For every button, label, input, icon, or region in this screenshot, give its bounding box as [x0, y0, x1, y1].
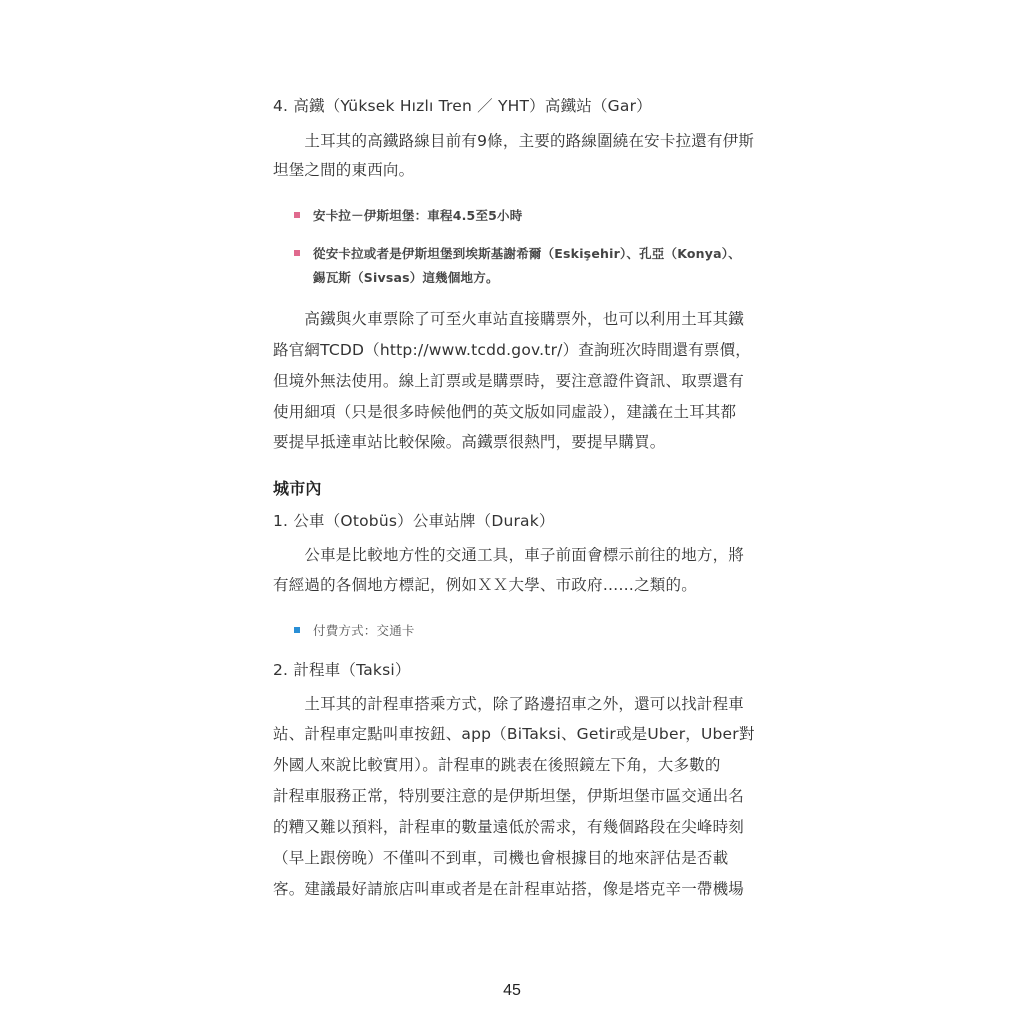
pink-bullet-icon: [294, 212, 300, 218]
taxi-para-line1: 土耳其的計程車搭乘方式，除了路邊招車之外，還可以找計程車: [273, 694, 744, 714]
yht-para2-line4: 使用細項（只是很多時候他們的英文版如同虛設），建議在土耳其都: [273, 402, 736, 422]
pink-bullet-icon: [294, 250, 300, 256]
bus-para-line1: 公車是比較地方性的交通工具，車子前面會標示前往的地方，將: [273, 545, 744, 565]
taxi-para-line3: 外國人來說比較實用）。計程車的跳表在後照鏡左下角，大多數的: [273, 755, 721, 775]
bus-heading: 1. 公車（Otobüs）公車站牌（Durak）: [273, 511, 555, 531]
blue-bullet-icon: [294, 627, 300, 633]
taxi-para-line7: 客。建議最好請旅店叫車或者是在計程車站搭，像是塔克辛一帶機場: [273, 879, 744, 899]
taxi-heading: 2. 計程車（Taksi）: [273, 660, 411, 680]
yht-para2-line5: 要提早抵達車站比較保險。高鐵票很熱門，要提早購買。: [273, 432, 666, 452]
taxi-para-line5: 的糟又難以預料，計程車的數量遠低於需求，有幾個路段在尖峰時刻: [273, 817, 744, 837]
taxi-para-line2: 站、計程車定點叫車按鈕、app（BiTaksi、Getir或是Uber，Uber…: [273, 724, 755, 744]
yht-para2-line3: 但境外無法使用。線上訂票或是購票時，要注意證件資訊、取票還有: [273, 371, 744, 391]
bus-para-line2: 有經過的各個地方標記，例如ＸＸ大學、市政府……之類的。: [273, 575, 697, 595]
yht-para2-line1: 高鐵與火車票除了可至火車站直接購票外，也可以利用土耳其鐵: [273, 309, 744, 329]
taxi-para-line6: （早上跟傍晚）不僅叫不到車，司機也會根據目的地來評估是否載: [273, 848, 728, 868]
section-title-city: 城市內: [273, 479, 322, 499]
taxi-para-line4: 計程車服務正常，特別要注意的是伊斯坦堡，伊斯坦堡市區交通出名: [273, 786, 744, 806]
yht-bullet-1: 安卡拉－伊斯坦堡：車程4.5至5小時: [313, 206, 522, 226]
bus-payment-bullet: 付費方式：交通卡: [313, 621, 415, 641]
yht-para2-line2: 路官網TCDD（http://www.tcdd.gov.tr/）查詢班次時間還有…: [273, 340, 751, 360]
page-number: 45: [0, 982, 1024, 1000]
yht-para1-line2: 坦堡之間的東西向。: [273, 160, 414, 180]
yht-bullet-2-line2: 錫瓦斯（Sivsas）這幾個地方。: [313, 268, 499, 288]
yht-para1-line1: 土耳其的高鐵路線目前有9條，主要的路線圍繞在安卡拉還有伊斯: [273, 131, 754, 151]
yht-heading: 4. 高鐵（Yüksek Hızlı Tren ／ YHT）高鐵站（Gar）: [273, 96, 652, 116]
yht-bullet-2-line1: 從安卡拉或者是伊斯坦堡到埃斯基謝希爾（Eskişehir）、孔亞（Konya）、: [313, 244, 741, 264]
